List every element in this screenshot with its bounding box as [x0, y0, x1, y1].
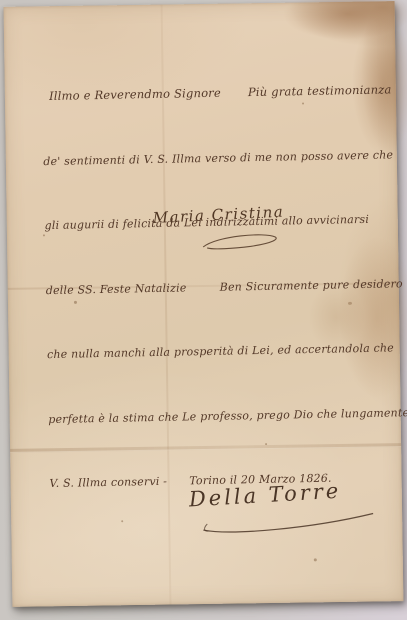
letter-line: delle SS. Feste Natalizie Ben Sicurament…	[46, 273, 386, 301]
letter-line: che nulla manchi alla prosperità di Lei,…	[47, 338, 387, 366]
countersignature-flourish-icon	[201, 509, 377, 538]
letter-line: de' sentimenti di V. S. Illma verso di m…	[43, 144, 383, 172]
foxing-speck	[314, 558, 317, 561]
letter-text: Illmo e Reverendmo Signore Più grata tes…	[41, 37, 390, 538]
letter-line: Illmo e Reverendmo Signore Più grata tes…	[42, 80, 382, 108]
letter-paper: Illmo e Reverendmo Signore Più grata tes…	[4, 1, 404, 607]
letter-line: perfetta è la stima che Le professo, pre…	[48, 402, 388, 430]
stain-top-right	[282, 0, 407, 41]
photo-backdrop: Illmo e Reverendmo Signore Più grata tes…	[0, 0, 407, 620]
signature-flourish-icon	[199, 229, 283, 254]
